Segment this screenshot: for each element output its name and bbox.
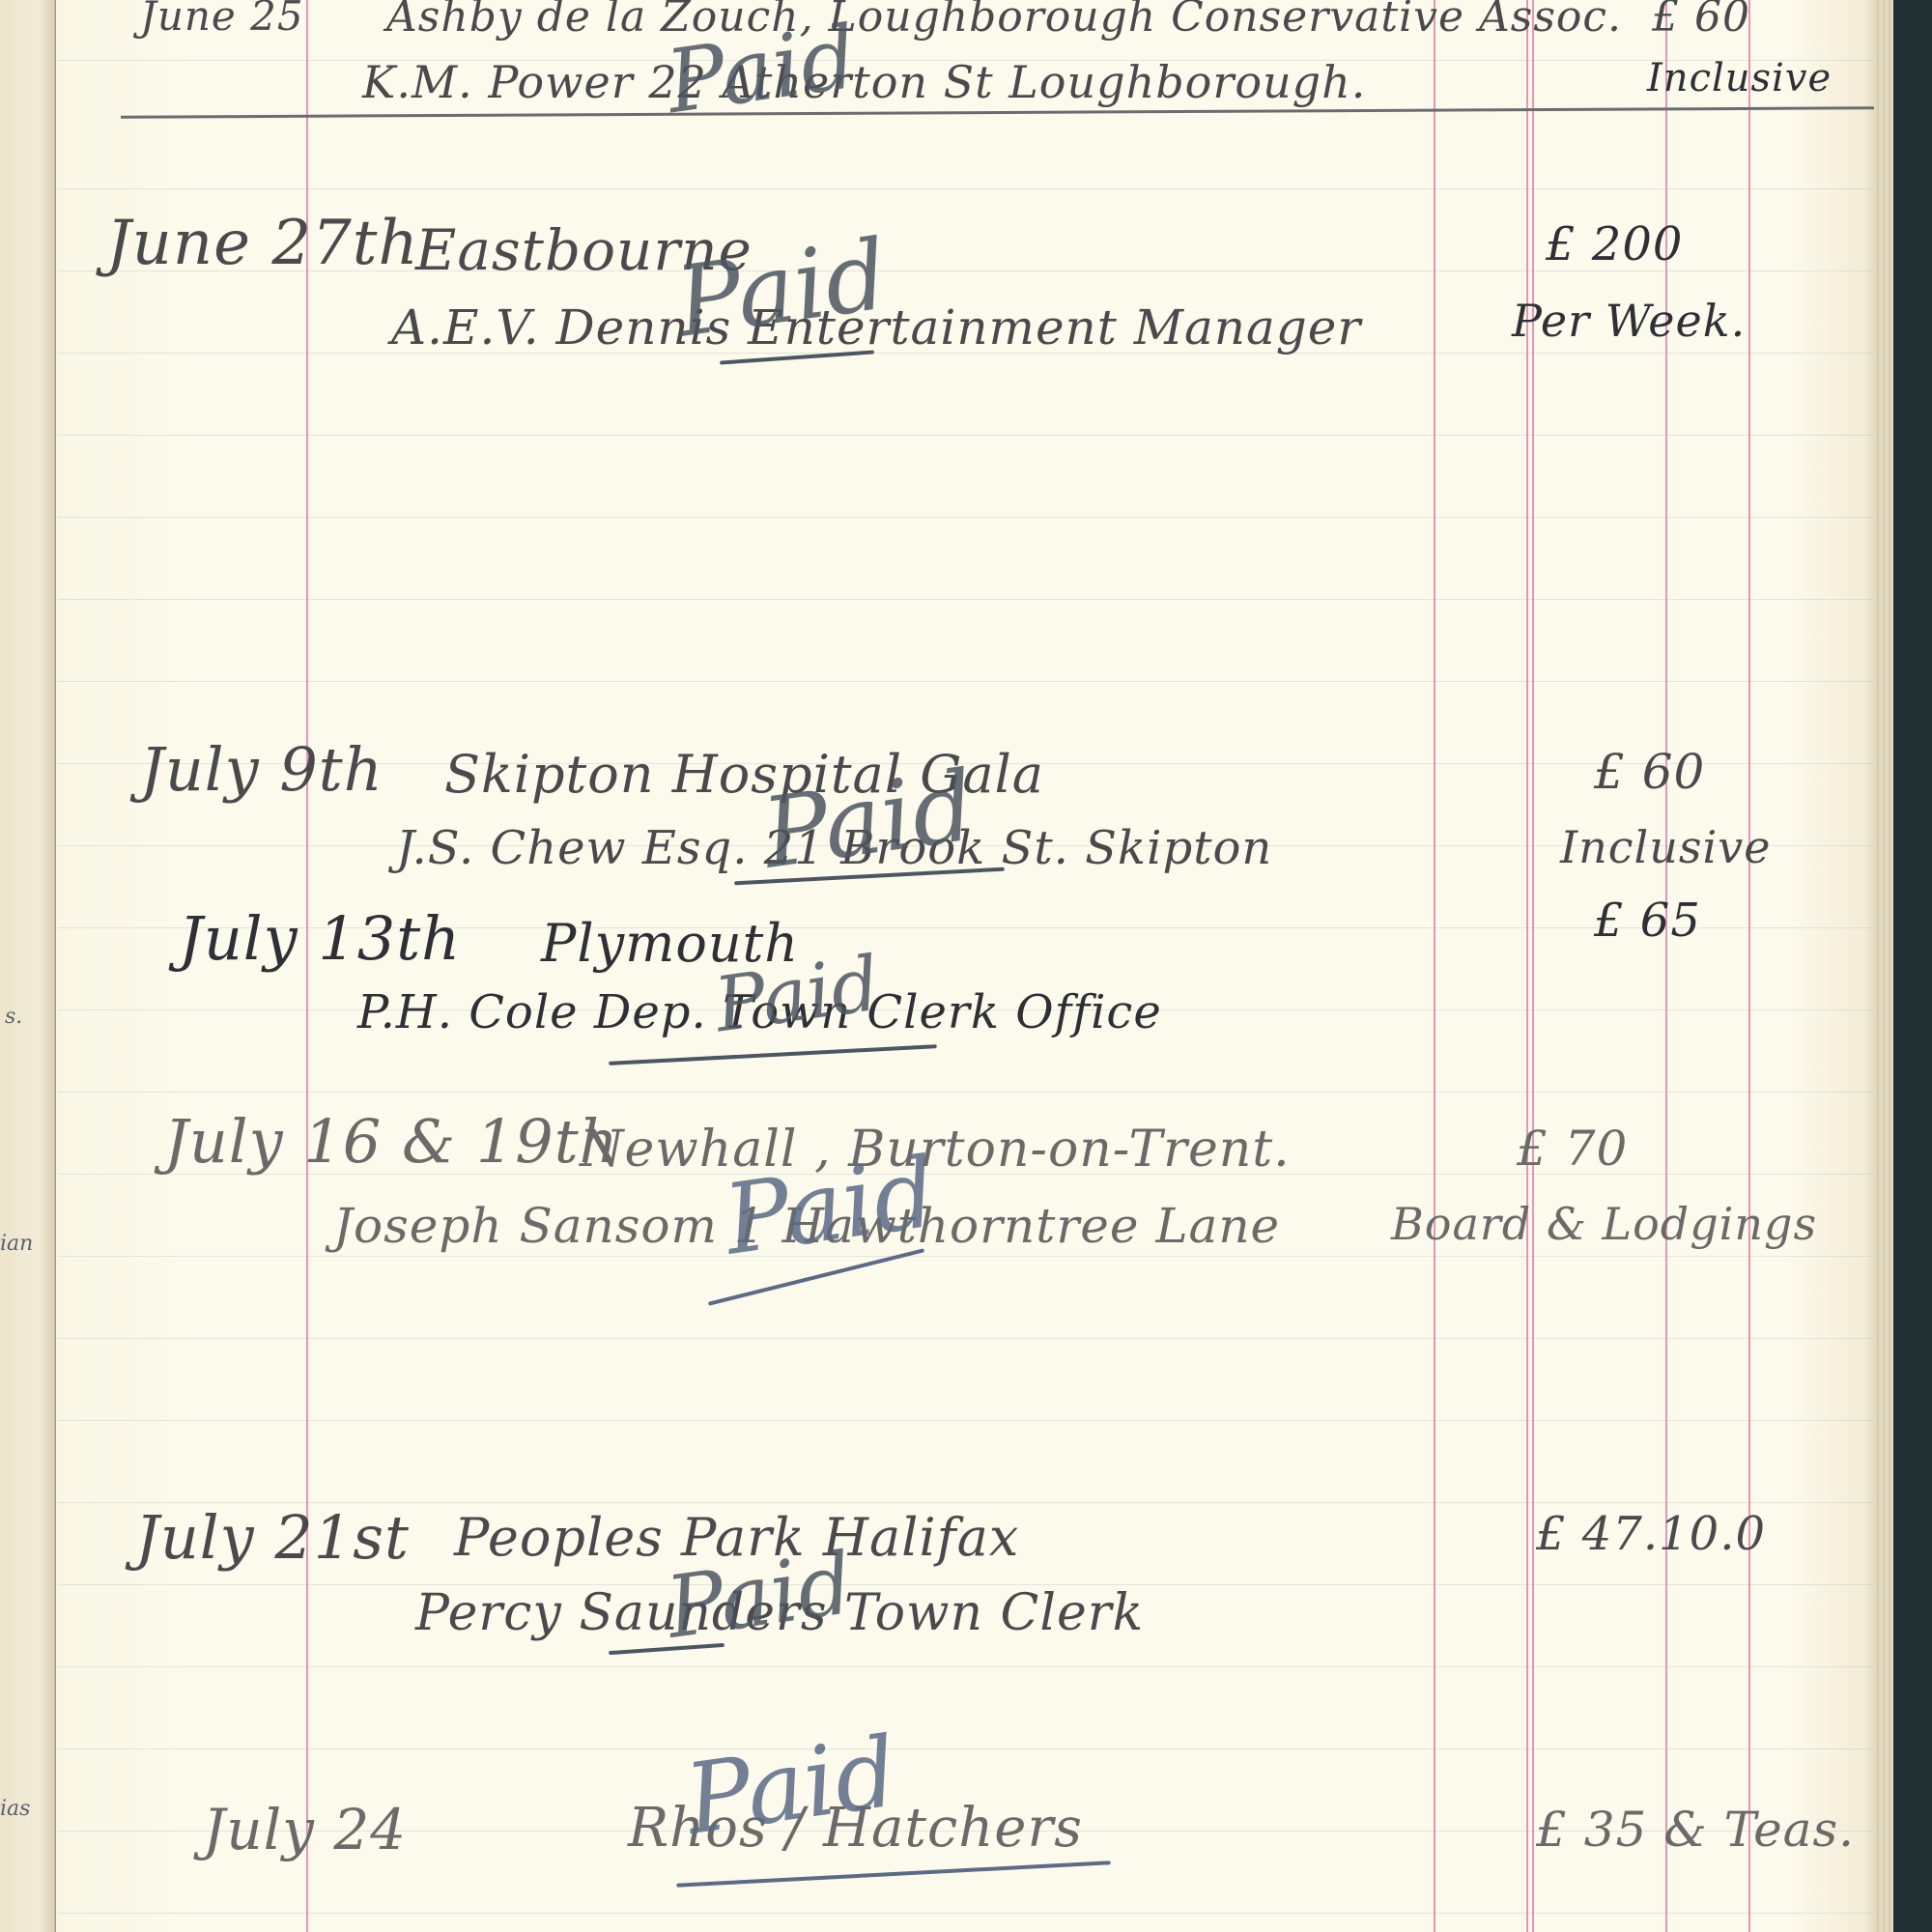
ruled-line	[58, 1666, 1874, 1667]
entry-date: July 13th	[179, 903, 461, 974]
margin-fragment: s.	[5, 1005, 22, 1029]
ruled-line	[58, 1256, 1874, 1257]
column-rule	[1434, 0, 1435, 1932]
entry-fee: £ 35 & Teas.	[1536, 1802, 1855, 1858]
column-rule	[1526, 0, 1528, 1932]
column-rule	[1532, 0, 1534, 1932]
margin-fragment: ian	[0, 1232, 33, 1256]
ruled-line	[58, 1913, 1874, 1914]
entry-terms: Board & Lodgings	[1391, 1198, 1817, 1250]
entry-terms: Inclusive	[1647, 56, 1832, 100]
ruled-line	[58, 681, 1874, 682]
entry-fee: £ 47.10.0	[1536, 1507, 1766, 1561]
entry-fee: £ 70	[1517, 1121, 1628, 1177]
entry-date: June 25	[140, 0, 304, 40]
entry-terms: Inclusive	[1560, 821, 1771, 873]
ruled-line	[58, 599, 1874, 600]
section-divider	[121, 106, 1874, 119]
ruled-line	[58, 435, 1874, 436]
entry-venue: Ashby de la Zouch, Loughborough Conserva…	[386, 0, 1622, 42]
book-cover	[1893, 0, 1932, 1932]
entry-date: June 27th	[106, 208, 419, 279]
ruled-line	[58, 1420, 1874, 1421]
entry-venue: Newhall , Burton-on-Trent.	[580, 1121, 1291, 1179]
entry-date: July 9th	[140, 734, 384, 805]
facing-page-edge	[0, 0, 56, 1932]
ruled-line	[58, 1748, 1874, 1749]
margin-fragment: ias	[0, 1797, 30, 1821]
entry-fee: £ 65	[1594, 894, 1701, 948]
entry-date: July 16 & 19th	[164, 1106, 619, 1177]
ruled-line	[58, 517, 1874, 518]
ledger-page: s. ian ias June 25 Ashby de la Zouch, Lo…	[0, 0, 1874, 1932]
entry-contact: K.M. Power 22 Atherton St Loughborough.	[362, 56, 1366, 108]
ruled-line	[58, 188, 1874, 189]
entry-fee: £ 200	[1546, 217, 1683, 271]
paid-underline	[676, 1861, 1111, 1888]
column-rule	[1665, 0, 1667, 1932]
page-stack-edge	[1874, 0, 1893, 1932]
entry-date: July 24	[203, 1797, 407, 1862]
ruled-line	[58, 1092, 1874, 1093]
ruled-line	[58, 1338, 1874, 1339]
entry-date: July 21st	[135, 1502, 410, 1573]
paid-underline	[609, 1044, 937, 1065]
entry-terms: Per Week.	[1512, 295, 1746, 347]
entry-fee: £ 60	[1652, 0, 1750, 42]
column-rule	[1748, 0, 1750, 1932]
entry-fee: £ 60	[1594, 744, 1705, 800]
